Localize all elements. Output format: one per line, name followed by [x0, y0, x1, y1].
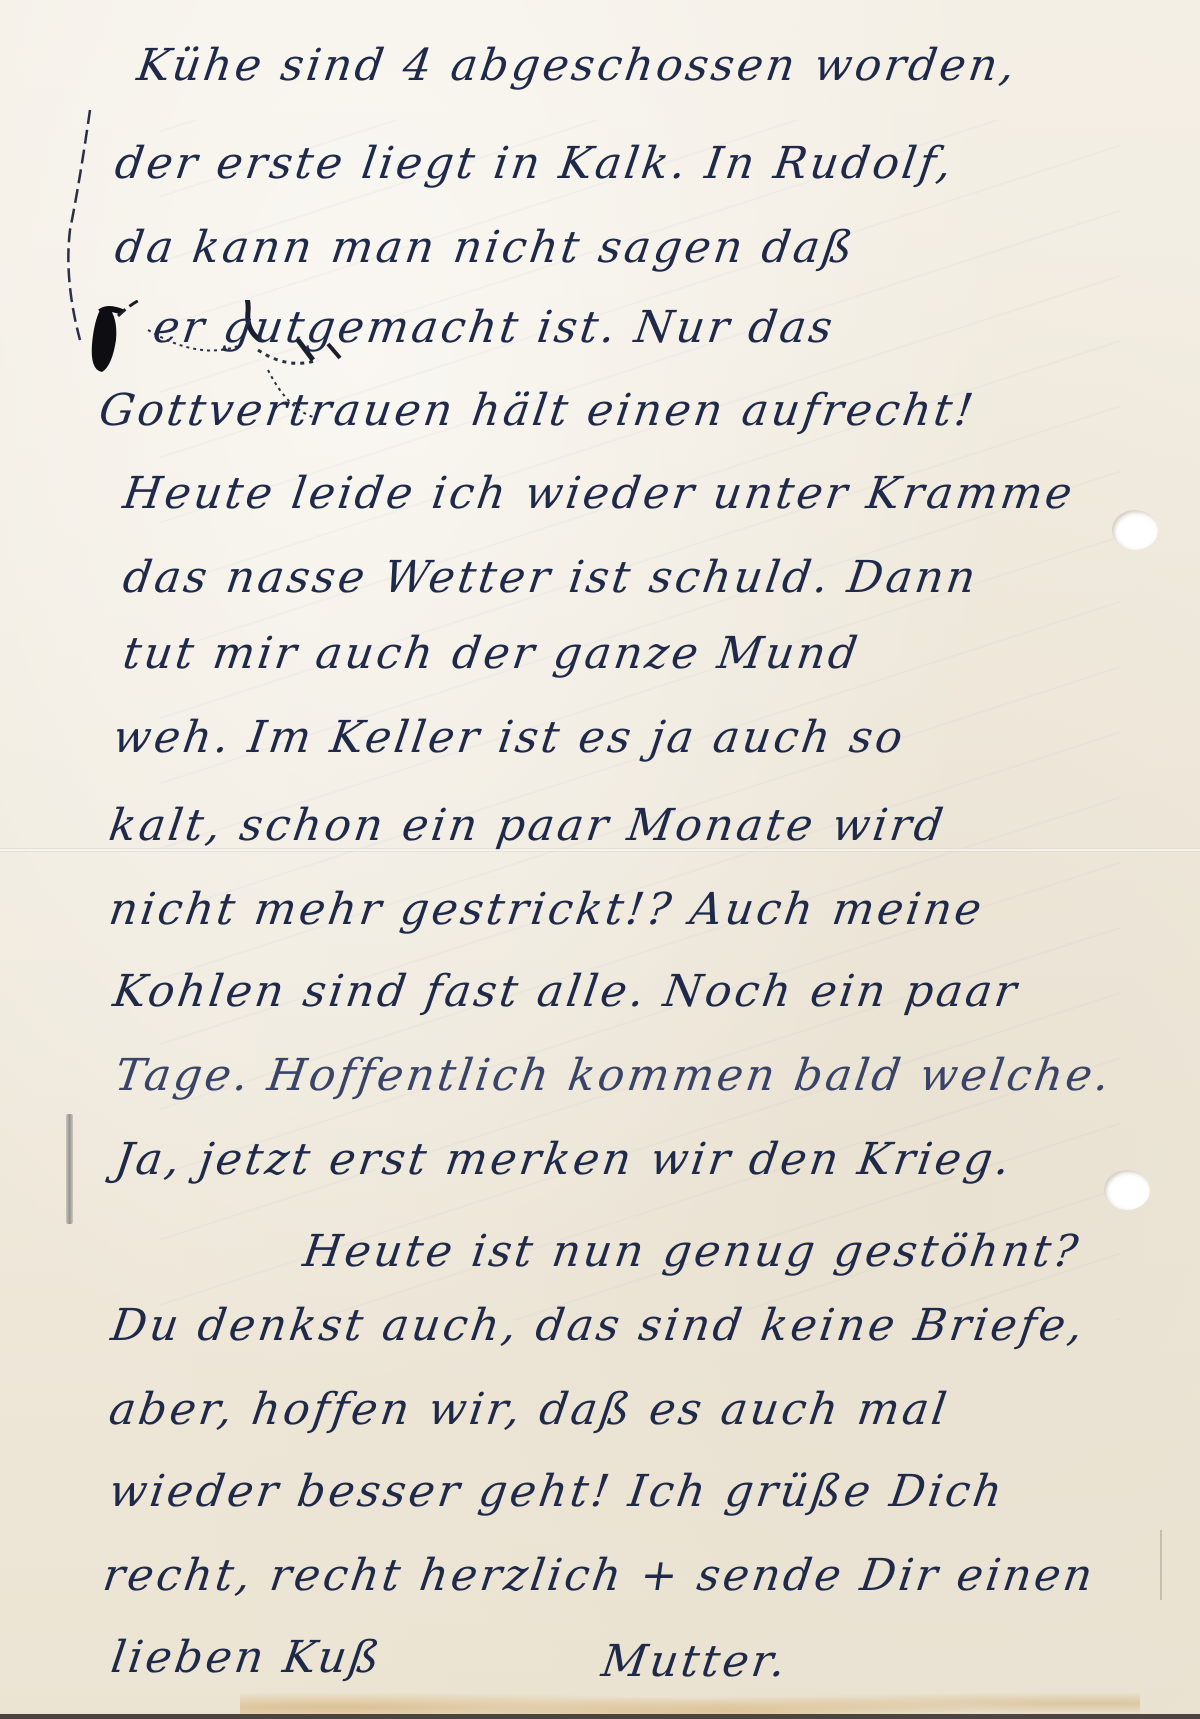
letter-line: Tage. Hoffentlich kommen bald welche.	[112, 1050, 1115, 1101]
letter-line: Ja, jetzt erst merken wir den Krieg.	[112, 1134, 1016, 1185]
letter-line: Kühe sind 4 abgeschossen worden,	[134, 40, 1021, 91]
letter-line: Du denkst auch, das sind keine Briefe,	[108, 1300, 1089, 1351]
letter-line: aber, hoffen wir, daß es auch mal	[106, 1384, 952, 1435]
letter-line: lieben Kuß	[108, 1632, 386, 1683]
letter-line: das nasse Wetter ist schuld. Dann	[120, 552, 982, 603]
letter-line: Kohlen sind fast alle. Noch ein paar	[110, 966, 1022, 1017]
letter-line: kalt, schon ein paar Monate wird	[106, 800, 949, 851]
letter-line: der erste liegt in Kalk. In Rudolf,	[112, 138, 958, 189]
letter-line: er gutgemacht ist. Nur das	[150, 302, 838, 353]
letter-line: tut mir auch der ganze Mund	[120, 628, 863, 679]
letter-line: weh. Im Keller ist es ja auch so	[110, 712, 909, 763]
letter-line: nicht mehr gestrickt!? Auch meine	[106, 884, 987, 935]
letter-page: Kühe sind 4 abgeschossen worden, der ers…	[0, 0, 1200, 1719]
letter-line: da kann man nicht sagen daß	[112, 222, 859, 273]
letter-line: Heute ist nun genug gestöhnt?	[300, 1226, 1084, 1277]
signature: Mutter.	[598, 1636, 791, 1687]
letter-line: Heute leide ich wieder unter Kramme	[120, 468, 1078, 519]
letter-line: Gottvertrauen hält einen aufrecht!	[96, 385, 979, 436]
letter-body: Kühe sind 4 abgeschossen worden, der ers…	[0, 0, 1200, 1719]
letter-line: wieder besser geht! Ich grüße Dich	[106, 1466, 1008, 1517]
letter-line: recht, recht herzlich + sende Dir einen	[100, 1550, 1098, 1601]
